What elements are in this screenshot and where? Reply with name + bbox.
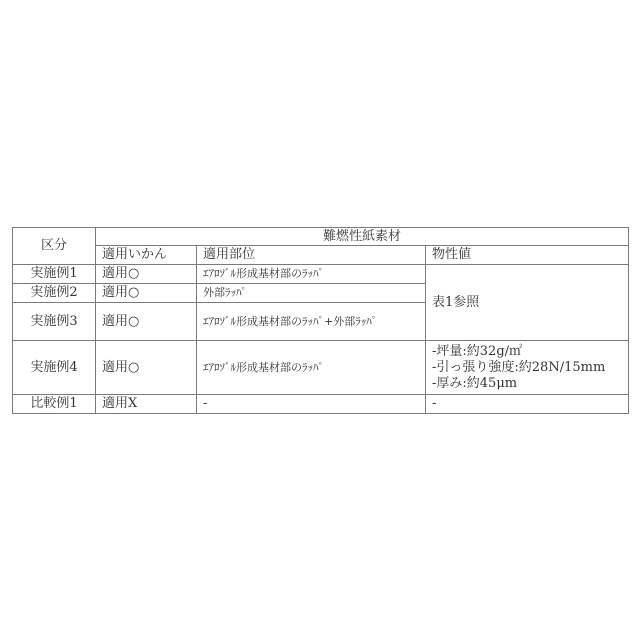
row-site: ｴｱﾛｿﾞﾙ形成基材部のﾗｯﾊﾟ <box>197 341 426 395</box>
table-row: 実施例4 適用○ ｴｱﾛｿﾞﾙ形成基材部のﾗｯﾊﾟ -坪量:約32g/㎡ -引っ… <box>13 341 629 395</box>
header-group-title: 難燃性紙素材 <box>96 228 629 246</box>
row-applicability: 適用○ <box>96 341 197 395</box>
header-applicability: 適用いかん <box>96 246 197 265</box>
property-tensile-strength: -引っ張り強度:約28N/15mm <box>432 360 622 376</box>
property-thickness: -厚み:約45μm <box>432 376 622 392</box>
row-properties: -坪量:約32g/㎡ -引っ張り強度:約28N/15mm -厚み:約45μm <box>426 341 629 395</box>
row-label: 実施例3 <box>13 303 96 341</box>
row-label: 実施例4 <box>13 341 96 395</box>
row-applicability: 適用○ <box>96 303 197 341</box>
row-site: 外部ﾗｯﾊﾟ <box>197 284 426 303</box>
header-properties: 物性値 <box>426 246 629 265</box>
header-category: 区分 <box>13 228 96 265</box>
row-label: 実施例1 <box>13 265 96 284</box>
table-row: 実施例1 適用○ ｴｱﾛｿﾞﾙ形成基材部のﾗｯﾊﾟ 表1参照 <box>13 265 629 284</box>
comparison-table: 区分 難燃性紙素材 適用いかん 適用部位 物性値 実施例1 適用○ ｴｱﾛｿﾞﾙ… <box>12 227 629 414</box>
merged-properties-cell: 表1参照 <box>426 265 629 341</box>
property-basis-weight: -坪量:約32g/㎡ <box>432 344 622 360</box>
table-row: 比較例1 適用X - - <box>13 395 629 414</box>
row-applicability: 適用○ <box>96 284 197 303</box>
row-site: ｴｱﾛｿﾞﾙ形成基材部のﾗｯﾊﾟ <box>197 265 426 284</box>
row-site: - <box>197 395 426 414</box>
row-label: 比較例1 <box>13 395 96 414</box>
row-applicability: 適用X <box>96 395 197 414</box>
header-row-1: 区分 難燃性紙素材 <box>13 228 629 246</box>
row-label: 実施例2 <box>13 284 96 303</box>
row-properties: - <box>426 395 629 414</box>
header-site: 適用部位 <box>197 246 426 265</box>
row-applicability: 適用○ <box>96 265 197 284</box>
header-row-2: 適用いかん 適用部位 物性値 <box>13 246 629 265</box>
row-site: ｴｱﾛｿﾞﾙ形成基材部のﾗｯﾊﾟ+外部ﾗｯﾊﾟ <box>197 303 426 341</box>
